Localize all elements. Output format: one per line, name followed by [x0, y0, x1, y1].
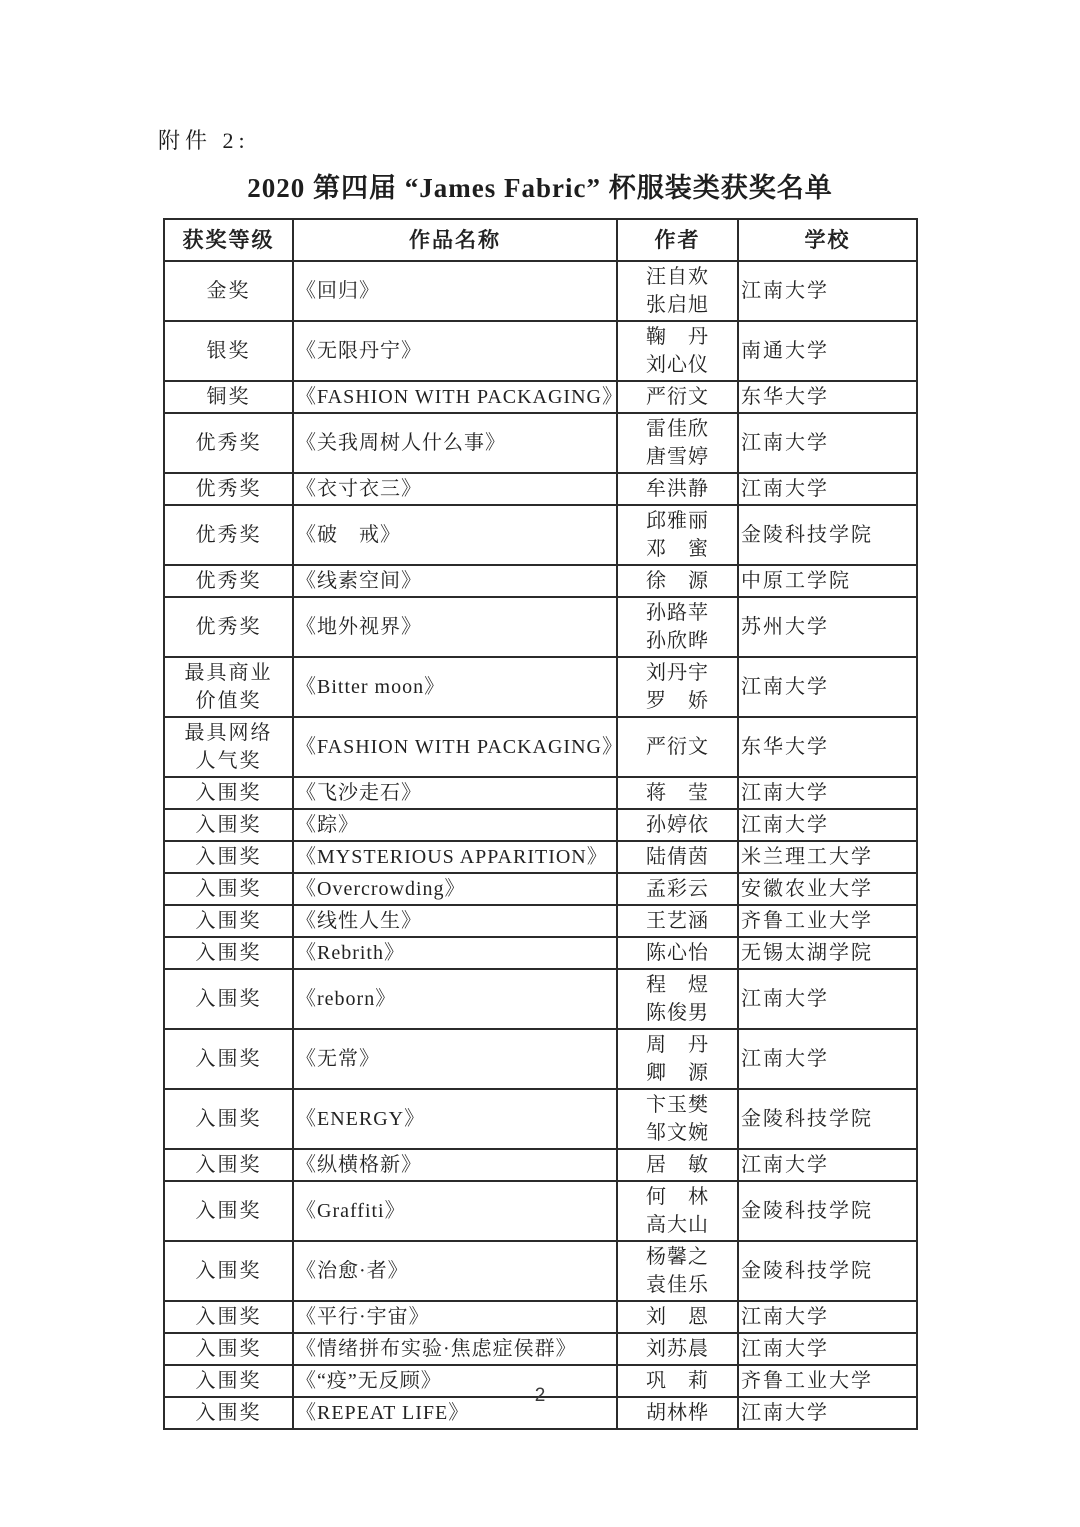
author-cell: 严衍文: [617, 381, 738, 413]
school-cell: 江南大学: [738, 473, 917, 505]
document-page: 附件 2: 2020 第四届 “James Fabric” 杯服装类获奖名单 获…: [0, 0, 1080, 1527]
award-level-cell: 铜奖: [164, 381, 293, 413]
work-title-cell: 《关我周树人什么事》: [293, 413, 617, 473]
work-title-cell: 《MYSTERIOUS APPARITION》: [293, 841, 617, 873]
author-cell: 杨馨之 袁佳乐: [617, 1241, 738, 1301]
header-award-level: 获奖等级: [164, 219, 293, 261]
author-cell: 牟洪静: [617, 473, 738, 505]
school-cell: 中原工学院: [738, 565, 917, 597]
author-cell: 刘丹宇 罗 娇: [617, 657, 738, 717]
table-row: 入围奖 《治愈·者》 杨馨之 袁佳乐 金陵科技学院: [164, 1241, 917, 1301]
attachment-label: 附件 2:: [158, 124, 250, 155]
author-cell: 居 敏: [617, 1149, 738, 1181]
author-cell: 汪自欢 张启旭: [617, 261, 738, 321]
table-row: 入围奖 《ENERGY》 卞玉樊 邹文婉 金陵科技学院: [164, 1089, 917, 1149]
school-cell: 江南大学: [738, 413, 917, 473]
author-cell: 孙婷依: [617, 809, 738, 841]
school-cell: 南通大学: [738, 321, 917, 381]
work-title-cell: 《Rebrith》: [293, 937, 617, 969]
table-row: 入围奖 《平行·宇宙》 刘 恩 江南大学: [164, 1301, 917, 1333]
award-level-cell: 优秀奖: [164, 505, 293, 565]
awards-table-body: 金奖 《回归》 汪自欢 张启旭 江南大学 银奖 《无限丹宁》 鞠 丹 刘心仪 南…: [164, 261, 917, 1429]
work-title-cell: 《无常》: [293, 1029, 617, 1089]
award-level-cell: 金奖: [164, 261, 293, 321]
award-level-cell: 银奖: [164, 321, 293, 381]
author-cell: 刘 恩: [617, 1301, 738, 1333]
award-level-cell: 入围奖: [164, 1333, 293, 1365]
work-title-cell: 《线性人生》: [293, 905, 617, 937]
school-cell: 江南大学: [738, 1333, 917, 1365]
table-row: 入围奖 《reborn》 程 煜 陈俊男 江南大学: [164, 969, 917, 1029]
award-level-cell: 入围奖: [164, 969, 293, 1029]
table-row: 银奖 《无限丹宁》 鞠 丹 刘心仪 南通大学: [164, 321, 917, 381]
award-level-cell: 最具网络 人气奖: [164, 717, 293, 777]
school-cell: 齐鲁工业大学: [738, 905, 917, 937]
award-level-cell: 入围奖: [164, 1029, 293, 1089]
school-cell: 东华大学: [738, 381, 917, 413]
table-row: 优秀奖 《地外视界》 孙路苹 孙欣晔 苏州大学: [164, 597, 917, 657]
work-title-cell: 《飞沙走石》: [293, 777, 617, 809]
table-row: 入围奖 《飞沙走石》 蒋 莹 江南大学: [164, 777, 917, 809]
work-title-cell: 《纵横格新》: [293, 1149, 617, 1181]
author-cell: 程 煜 陈俊男: [617, 969, 738, 1029]
work-title-cell: 《FASHION WITH PACKAGING》: [293, 717, 617, 777]
award-level-cell: 入围奖: [164, 873, 293, 905]
school-cell: 江南大学: [738, 261, 917, 321]
table-row: 优秀奖 《破 戒》 邱雅丽 邓 蜜 金陵科技学院: [164, 505, 917, 565]
table-row: 金奖 《回归》 汪自欢 张启旭 江南大学: [164, 261, 917, 321]
work-title-cell: 《Bitter moon》: [293, 657, 617, 717]
work-title-cell: 《Overcrowding》: [293, 873, 617, 905]
table-row: 入围奖 《Rebrith》 陈心怡 无锡太湖学院: [164, 937, 917, 969]
work-title-cell: 《踪》: [293, 809, 617, 841]
author-cell: 雷佳欣 唐雪婷: [617, 413, 738, 473]
awards-table-header: 获奖等级 作品名称 作者 学校: [164, 219, 917, 261]
work-title-cell: 《治愈·者》: [293, 1241, 617, 1301]
school-cell: 江南大学: [738, 657, 917, 717]
award-level-cell: 入围奖: [164, 905, 293, 937]
table-row: 优秀奖 《关我周树人什么事》 雷佳欣 唐雪婷 江南大学: [164, 413, 917, 473]
work-title-cell: 《破 戒》: [293, 505, 617, 565]
author-cell: 王艺涵: [617, 905, 738, 937]
work-title-cell: 《平行·宇宙》: [293, 1301, 617, 1333]
table-row: 入围奖 《线性人生》 王艺涵 齐鲁工业大学: [164, 905, 917, 937]
school-cell: 安徽农业大学: [738, 873, 917, 905]
header-school: 学校: [738, 219, 917, 261]
work-title-cell: 《FASHION WITH PACKAGING》: [293, 381, 617, 413]
school-cell: 无锡太湖学院: [738, 937, 917, 969]
award-level-cell: 最具商业 价值奖: [164, 657, 293, 717]
table-row: 入围奖 《情绪拼布实验·焦虑症侯群》 刘苏晨 江南大学: [164, 1333, 917, 1365]
table-row: 铜奖 《FASHION WITH PACKAGING》 严衍文 东华大学: [164, 381, 917, 413]
awards-table: 获奖等级 作品名称 作者 学校 金奖 《回归》 汪自欢 张启旭 江南大学 银奖 …: [163, 218, 918, 1430]
work-title-cell: 《线素空间》: [293, 565, 617, 597]
page-number: 2: [0, 1385, 1080, 1407]
work-title-cell: 《回归》: [293, 261, 617, 321]
work-title-cell: 《无限丹宁》: [293, 321, 617, 381]
award-level-cell: 入围奖: [164, 809, 293, 841]
award-level-cell: 入围奖: [164, 1241, 293, 1301]
award-level-cell: 优秀奖: [164, 473, 293, 505]
award-level-cell: 优秀奖: [164, 597, 293, 657]
school-cell: 金陵科技学院: [738, 1089, 917, 1149]
page-title: 2020 第四届 “James Fabric” 杯服装类获奖名单: [0, 166, 1080, 205]
school-cell: 江南大学: [738, 1301, 917, 1333]
award-level-cell: 入围奖: [164, 841, 293, 873]
school-cell: 米兰理工大学: [738, 841, 917, 873]
header-author: 作者: [617, 219, 738, 261]
award-level-cell: 优秀奖: [164, 565, 293, 597]
author-cell: 孟彩云: [617, 873, 738, 905]
work-title-cell: 《衣寸衣三》: [293, 473, 617, 505]
school-cell: 江南大学: [738, 809, 917, 841]
award-level-cell: 入围奖: [164, 777, 293, 809]
school-cell: 东华大学: [738, 717, 917, 777]
table-row: 最具商业 价值奖 《Bitter moon》 刘丹宇 罗 娇 江南大学: [164, 657, 917, 717]
work-title-cell: 《地外视界》: [293, 597, 617, 657]
work-title-cell: 《ENERGY》: [293, 1089, 617, 1149]
table-row: 入围奖 《纵横格新》 居 敏 江南大学: [164, 1149, 917, 1181]
author-cell: 严衍文: [617, 717, 738, 777]
header-row: 获奖等级 作品名称 作者 学校: [164, 219, 917, 261]
school-cell: 金陵科技学院: [738, 1181, 917, 1241]
award-level-cell: 入围奖: [164, 1301, 293, 1333]
author-cell: 陈心怡: [617, 937, 738, 969]
award-level-cell: 入围奖: [164, 1149, 293, 1181]
author-cell: 何 林 高大山: [617, 1181, 738, 1241]
author-cell: 刘苏晨: [617, 1333, 738, 1365]
school-cell: 金陵科技学院: [738, 1241, 917, 1301]
table-row: 入围奖 《踪》 孙婷依 江南大学: [164, 809, 917, 841]
author-cell: 孙路苹 孙欣晔: [617, 597, 738, 657]
table-row: 优秀奖 《衣寸衣三》 牟洪静 江南大学: [164, 473, 917, 505]
table-row: 入围奖 《无常》 周 丹 卿 源 江南大学: [164, 1029, 917, 1089]
work-title-cell: 《reborn》: [293, 969, 617, 1029]
school-cell: 金陵科技学院: [738, 505, 917, 565]
table-row: 入围奖 《MYSTERIOUS APPARITION》 陆倩茵 米兰理工大学: [164, 841, 917, 873]
table-row: 入围奖 《Graffiti》 何 林 高大山 金陵科技学院: [164, 1181, 917, 1241]
author-cell: 陆倩茵: [617, 841, 738, 873]
school-cell: 江南大学: [738, 969, 917, 1029]
author-cell: 周 丹 卿 源: [617, 1029, 738, 1089]
table-row: 入围奖 《Overcrowding》 孟彩云 安徽农业大学: [164, 873, 917, 905]
table-row: 优秀奖 《线素空间》 徐 源 中原工学院: [164, 565, 917, 597]
school-cell: 江南大学: [738, 777, 917, 809]
school-cell: 苏州大学: [738, 597, 917, 657]
author-cell: 蒋 莹: [617, 777, 738, 809]
award-level-cell: 优秀奖: [164, 413, 293, 473]
school-cell: 江南大学: [738, 1029, 917, 1089]
award-level-cell: 入围奖: [164, 937, 293, 969]
school-cell: 江南大学: [738, 1149, 917, 1181]
header-work-title: 作品名称: [293, 219, 617, 261]
work-title-cell: 《Graffiti》: [293, 1181, 617, 1241]
author-cell: 鞠 丹 刘心仪: [617, 321, 738, 381]
author-cell: 卞玉樊 邹文婉: [617, 1089, 738, 1149]
table-row: 最具网络 人气奖 《FASHION WITH PACKAGING》 严衍文 东华…: [164, 717, 917, 777]
award-level-cell: 入围奖: [164, 1181, 293, 1241]
author-cell: 徐 源: [617, 565, 738, 597]
work-title-cell: 《情绪拼布实验·焦虑症侯群》: [293, 1333, 617, 1365]
award-level-cell: 入围奖: [164, 1089, 293, 1149]
author-cell: 邱雅丽 邓 蜜: [617, 505, 738, 565]
